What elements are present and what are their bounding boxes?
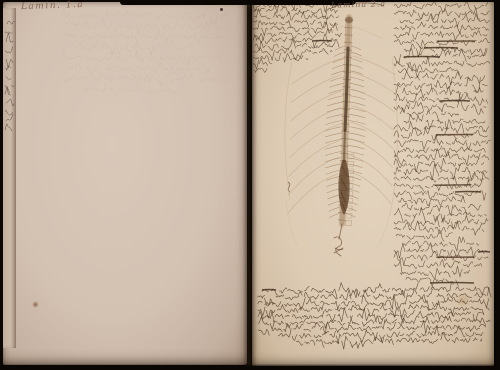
manuscript-scan: Lamin. 1.a Lamina 2.a: [0, 0, 500, 370]
ink-speck: [220, 8, 223, 11]
paper-stain: [454, 293, 472, 307]
page-gutter: [243, 0, 257, 370]
right-page: [252, 1, 494, 366]
scan-black-edge-right: [496, 0, 500, 370]
right-page-caption: Lamina 2.a: [331, 0, 386, 10]
ink-stain: [32, 301, 39, 308]
scan-black-edge-left: [0, 0, 3, 370]
underpage-edge-strip: [3, 8, 16, 348]
scan-black-edge-bottom: [0, 364, 500, 370]
left-page: [3, 2, 247, 365]
scan-black-edge-top-thick: [120, 0, 356, 5]
